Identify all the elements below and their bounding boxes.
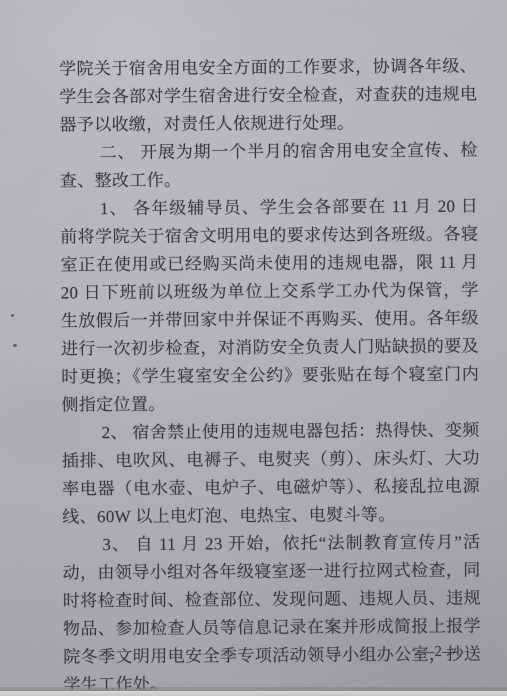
page-number: —2— (419, 644, 458, 661)
paragraph-item-2: 2、 宿舍禁止使用的违规电器包括：热得快、变频插排、电吹风、电褥子、电熨夹（剪）… (62, 417, 481, 532)
paragraph-item-1: 1、 各年级辅导员、学生会各部要在 11 月 20 日前将学院关于宿舍文明用电的… (60, 193, 480, 420)
paper-speck (13, 344, 17, 347)
document-body-text: 学院关于宿舍用电安全方面的工作要求，协调各年级、学生会各部对学生宿舍进行安全检查… (59, 53, 481, 696)
paragraph-item-3: 3、 自 11 月 23 开始，依托“法制教育宣传月”活动，由领导小组对各年级寝… (62, 529, 481, 696)
scanned-document-page: 学院关于宿舍用电安全方面的工作要求，协调各年级、学生会各部对学生宿舍进行安全检查… (0, 0, 507, 696)
underlying-sheet-edge (0, 691, 507, 696)
paragraph-section-2: 二、 开展为期一个半月的宿舍用电安全宣传、检查、整改工作。 (60, 137, 478, 196)
paper-speck (11, 314, 14, 317)
paragraph-continuation: 学院关于宿舍用电安全方面的工作要求，协调各年级、学生会各部对学生宿舍进行安全检查… (59, 53, 478, 140)
